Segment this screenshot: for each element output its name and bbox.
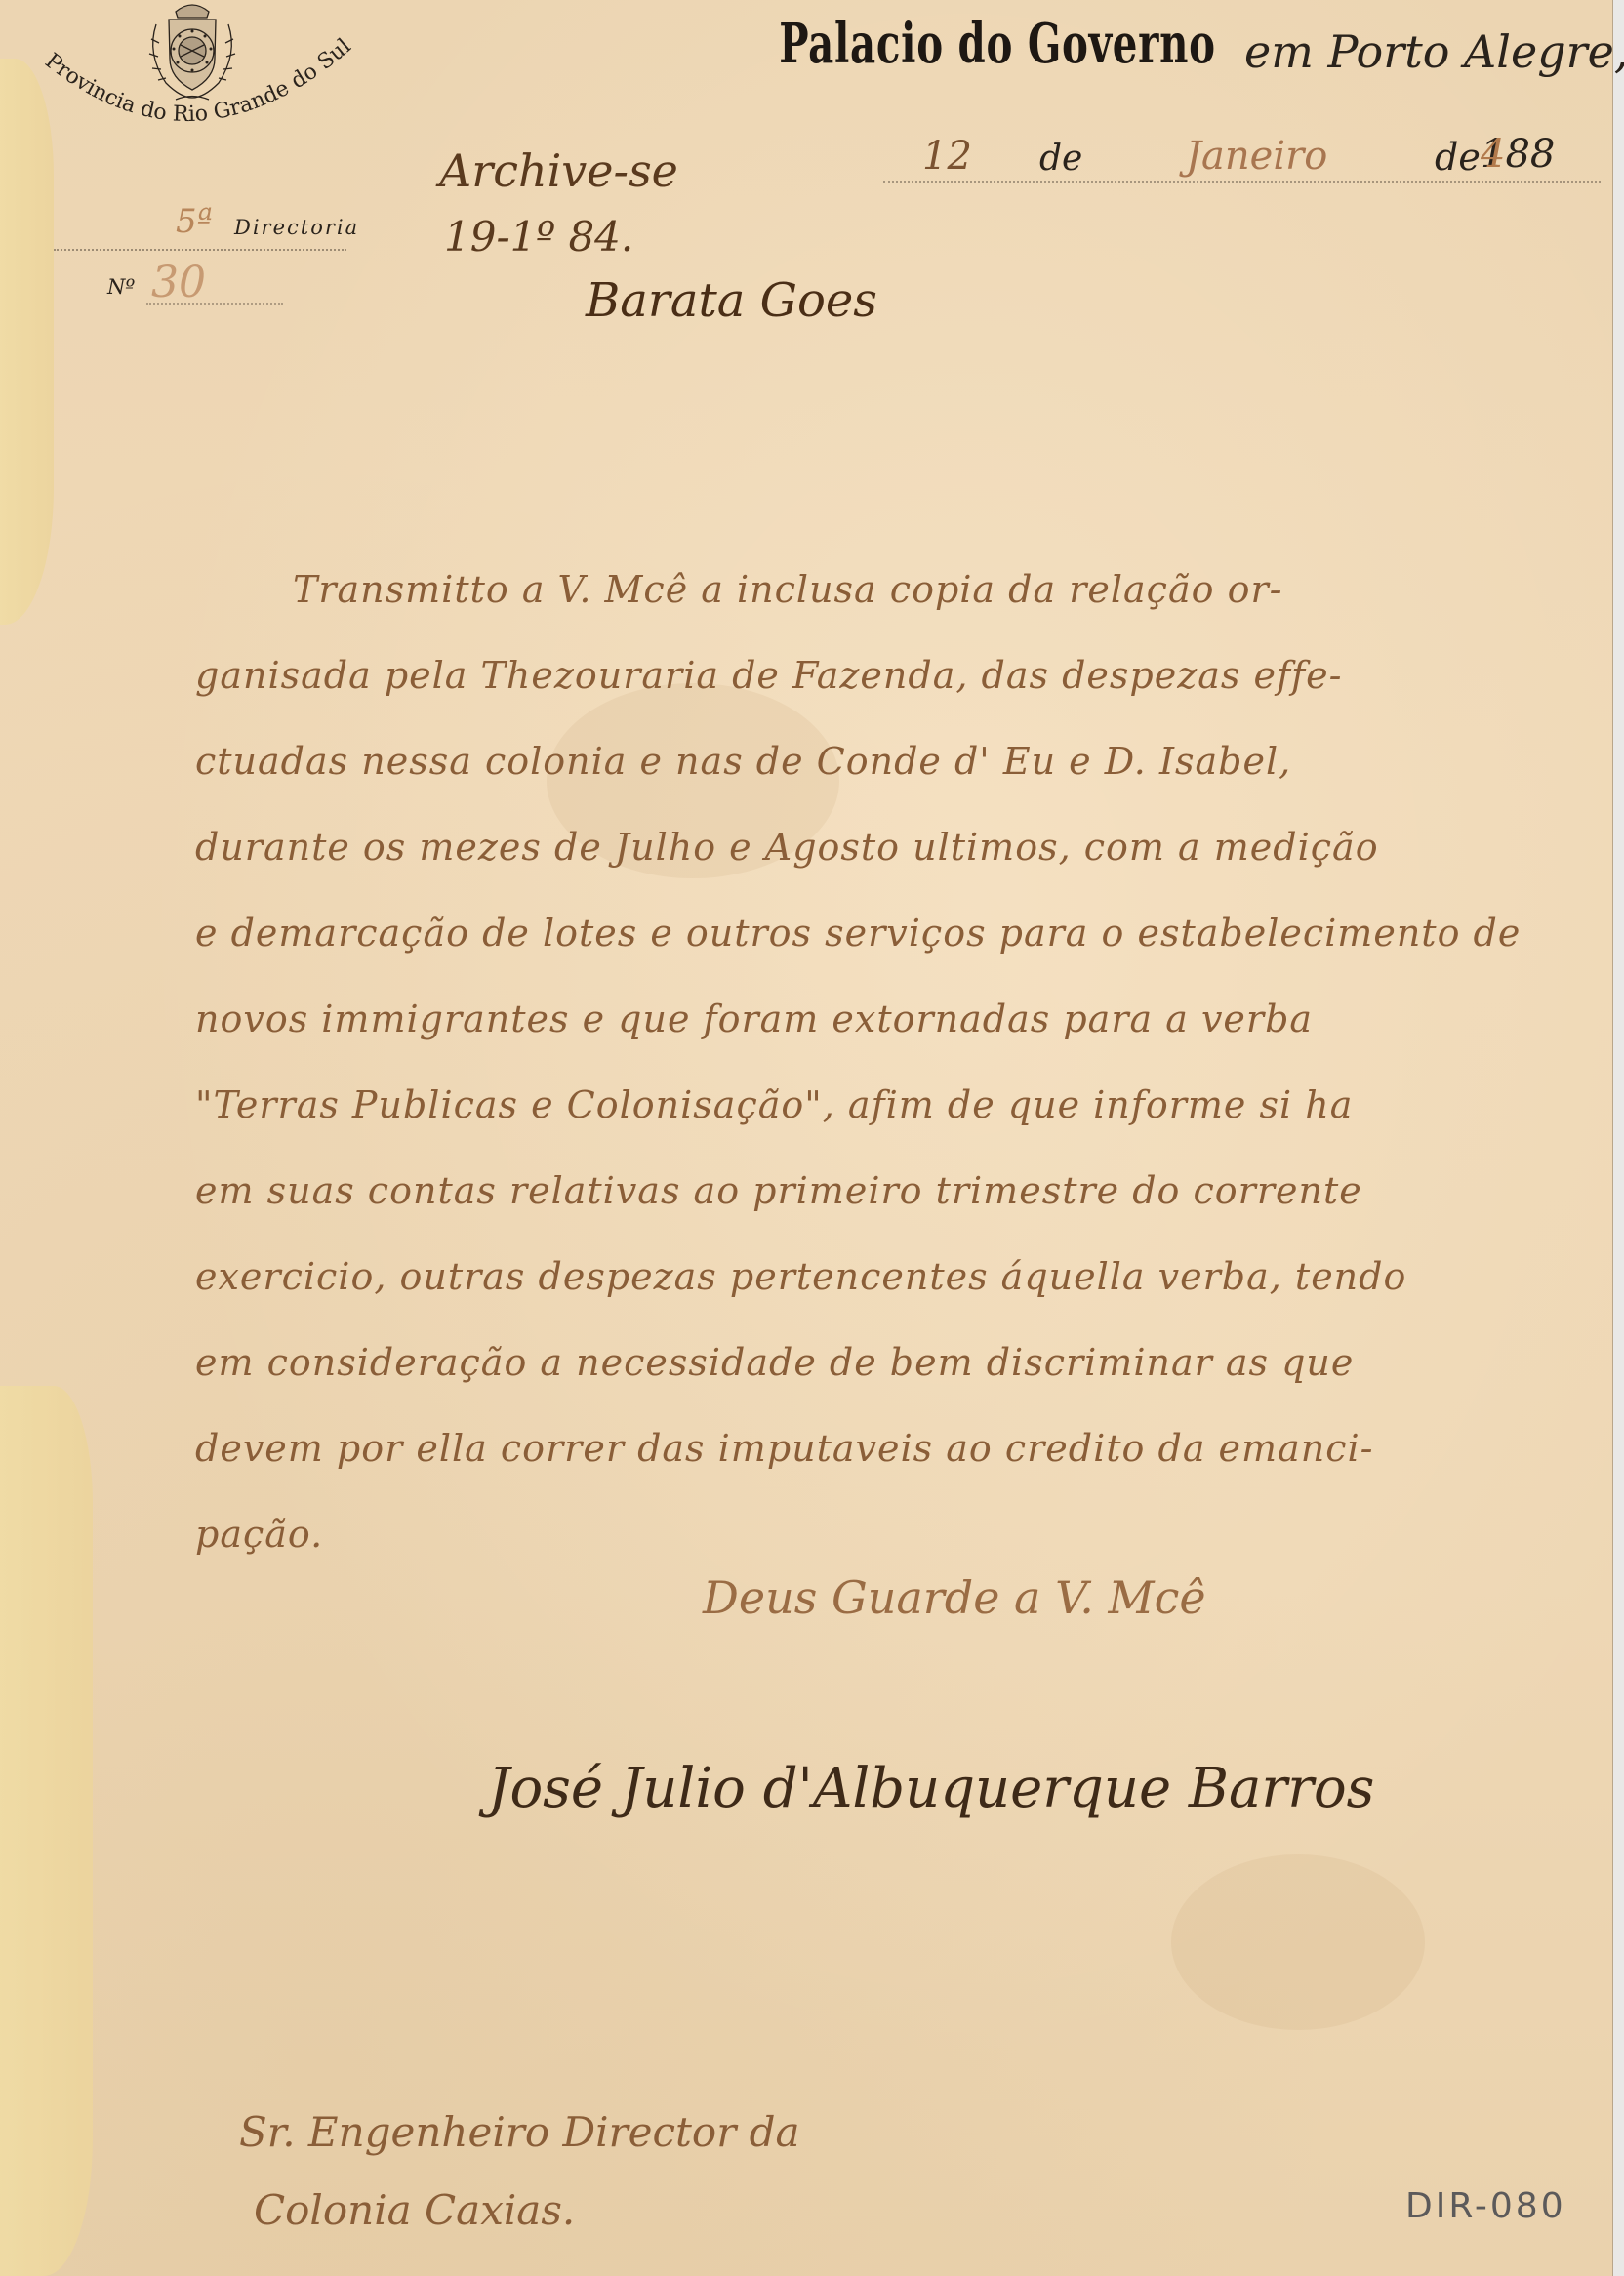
body-line: pação. <box>195 1491 1591 1577</box>
body-line: em consideração a necessidade de bem dis… <box>195 1320 1591 1405</box>
date-day: 12 <box>922 134 972 179</box>
date-line: 12 de Janeiro de 1884 <box>883 137 1601 183</box>
directoria-label: Directoria <box>234 216 359 239</box>
archive-code: DIR-080 <box>1405 2186 1566 2226</box>
body-line: ganisada pela Thezouraria de Fazenda, da… <box>195 632 1591 718</box>
body-line: Transmitto a V. Mcê a inclusa copia da r… <box>195 547 1591 632</box>
directoria-field: 5ª Directoria <box>54 210 346 251</box>
paper-damage-bottom-left <box>0 1386 93 2276</box>
document-paper: Provincia do Rio Grande do Sul. 5ª Direc… <box>0 0 1613 2276</box>
palace-heading: Palacio do Governo em Porto Alegre, <box>737 12 1605 119</box>
numero-label: Nº <box>107 275 135 299</box>
numero-value: 30 <box>151 258 206 307</box>
body-line: e demarcação de lotes e outros serviços … <box>195 890 1591 976</box>
recipient-address: Sr. Engenheiro Director da Colonia Caxia… <box>239 2108 800 2234</box>
signature: José Julio d'Albuquerque Barros <box>488 1757 1374 1820</box>
body-line: em suas contas relativas ao primeiro tri… <box>195 1148 1591 1234</box>
palace-title: Palacio do Governo <box>737 12 1216 76</box>
body-line: novos immigrantes e que foram extornadas… <box>195 976 1591 1062</box>
letter-body: Transmitto a V. Mcê a inclusa copia da r… <box>195 547 1591 1577</box>
closing-salutation: Deus Guarde a V. Mcê <box>703 1571 1206 1624</box>
body-line: "Terras Publicas e Colonisação", afim de… <box>195 1062 1591 1148</box>
date-month: Janeiro <box>1186 134 1327 179</box>
annotation-archive: Archive-se <box>439 144 678 197</box>
body-line: devem por ella correr das imputaveis ao … <box>195 1405 1591 1491</box>
body-line: ctuadas nessa colonia e nas de Conde d' … <box>195 718 1591 804</box>
annotation-date: 19-1º 84. <box>444 213 633 261</box>
numero-field: Nº 30 <box>107 264 283 306</box>
annotation-signature: Barata Goes <box>586 273 877 328</box>
body-line: exercicio, outras despezas pertencentes … <box>195 1234 1591 1320</box>
province-name: Provincia do Rio Grande do Sul. <box>29 29 356 127</box>
svg-text:Provincia do Rio Grande do Sul: Provincia do Rio Grande do Sul. <box>29 29 356 127</box>
province-arc-text: Provincia do Rio Grande do Sul. <box>29 29 361 166</box>
date-year-handwritten: 4 <box>1481 132 1505 177</box>
date-de-2: de <box>1435 136 1481 179</box>
directoria-number: 5ª <box>176 202 213 241</box>
numero-dotted-line <box>146 303 283 305</box>
paper-stain <box>1171 1854 1425 2030</box>
palace-location: em Porto Alegre, <box>1244 25 1624 78</box>
body-line: durante os mezes de Julho e Agosto ultim… <box>195 804 1591 890</box>
date-de-1: de <box>1039 139 1082 179</box>
address-line-1: Sr. Engenheiro Director da <box>239 2108 800 2186</box>
address-line-2: Colonia Caxias. <box>239 2186 800 2234</box>
